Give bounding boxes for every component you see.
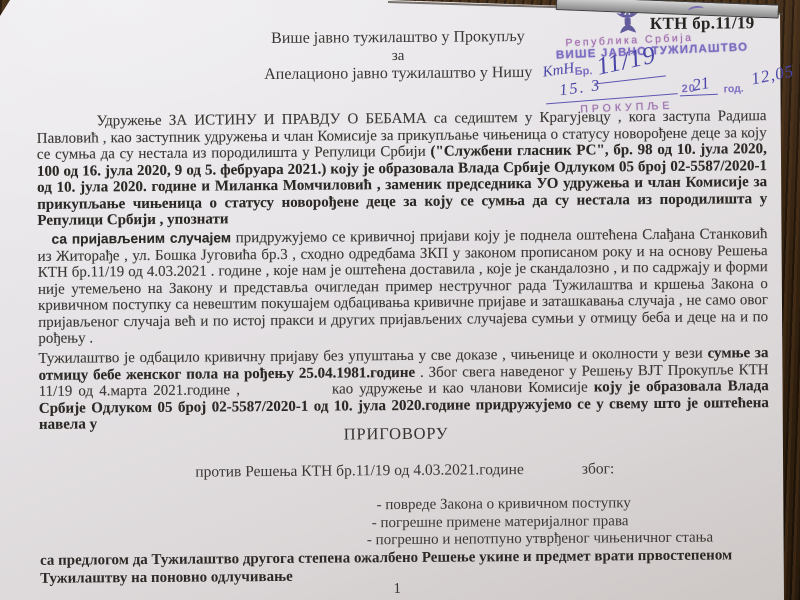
stamp-handwritten-prefix: КтН — [542, 60, 576, 81]
stamp-handwritten-date: 15. 3 — [558, 77, 602, 100]
stamp-year-suffix: год. — [723, 83, 744, 96]
stamp-handwritten-year: 21 — [691, 73, 711, 96]
ground-item: - погрешно и непотпуно утврђеног чињенич… — [367, 530, 713, 550]
because-label: због: — [582, 460, 615, 477]
spacing-gap — [240, 394, 332, 395]
stamp-handwritten-time: 12,05 — [750, 61, 796, 89]
document-content: КТН бр.11/19 Више јавно тужилаштво у Про… — [0, 0, 800, 600]
paragraph-rejection-details: Тужилаштво је одбацило кривичну пријаву … — [38, 345, 769, 433]
grounds-list: - повреде Закона о кривичном поступку - … — [377, 495, 714, 550]
stamp-number-label: Бр. — [575, 65, 593, 78]
paragraph-3-regular-3: као удружење и као чланови Комисије — [332, 379, 594, 397]
paragraph-joining-complaint: са пријављеним случајем придружујемо се … — [37, 226, 768, 347]
paragraph-association-intro: Удружење ЗА ИСТИНУ И ПРАВДУ О БЕБАМА са … — [37, 108, 768, 229]
against-decision-line: против Решења КТН бр.11/19 од 4.03.2021.… — [39, 459, 769, 483]
paragraph-2-bold-lead: са пријављеним случајем — [51, 230, 231, 246]
line-indent — [39, 477, 195, 478]
against-decision-text: против Решења КТН бр.11/19 од 4.03.2021.… — [195, 461, 524, 481]
